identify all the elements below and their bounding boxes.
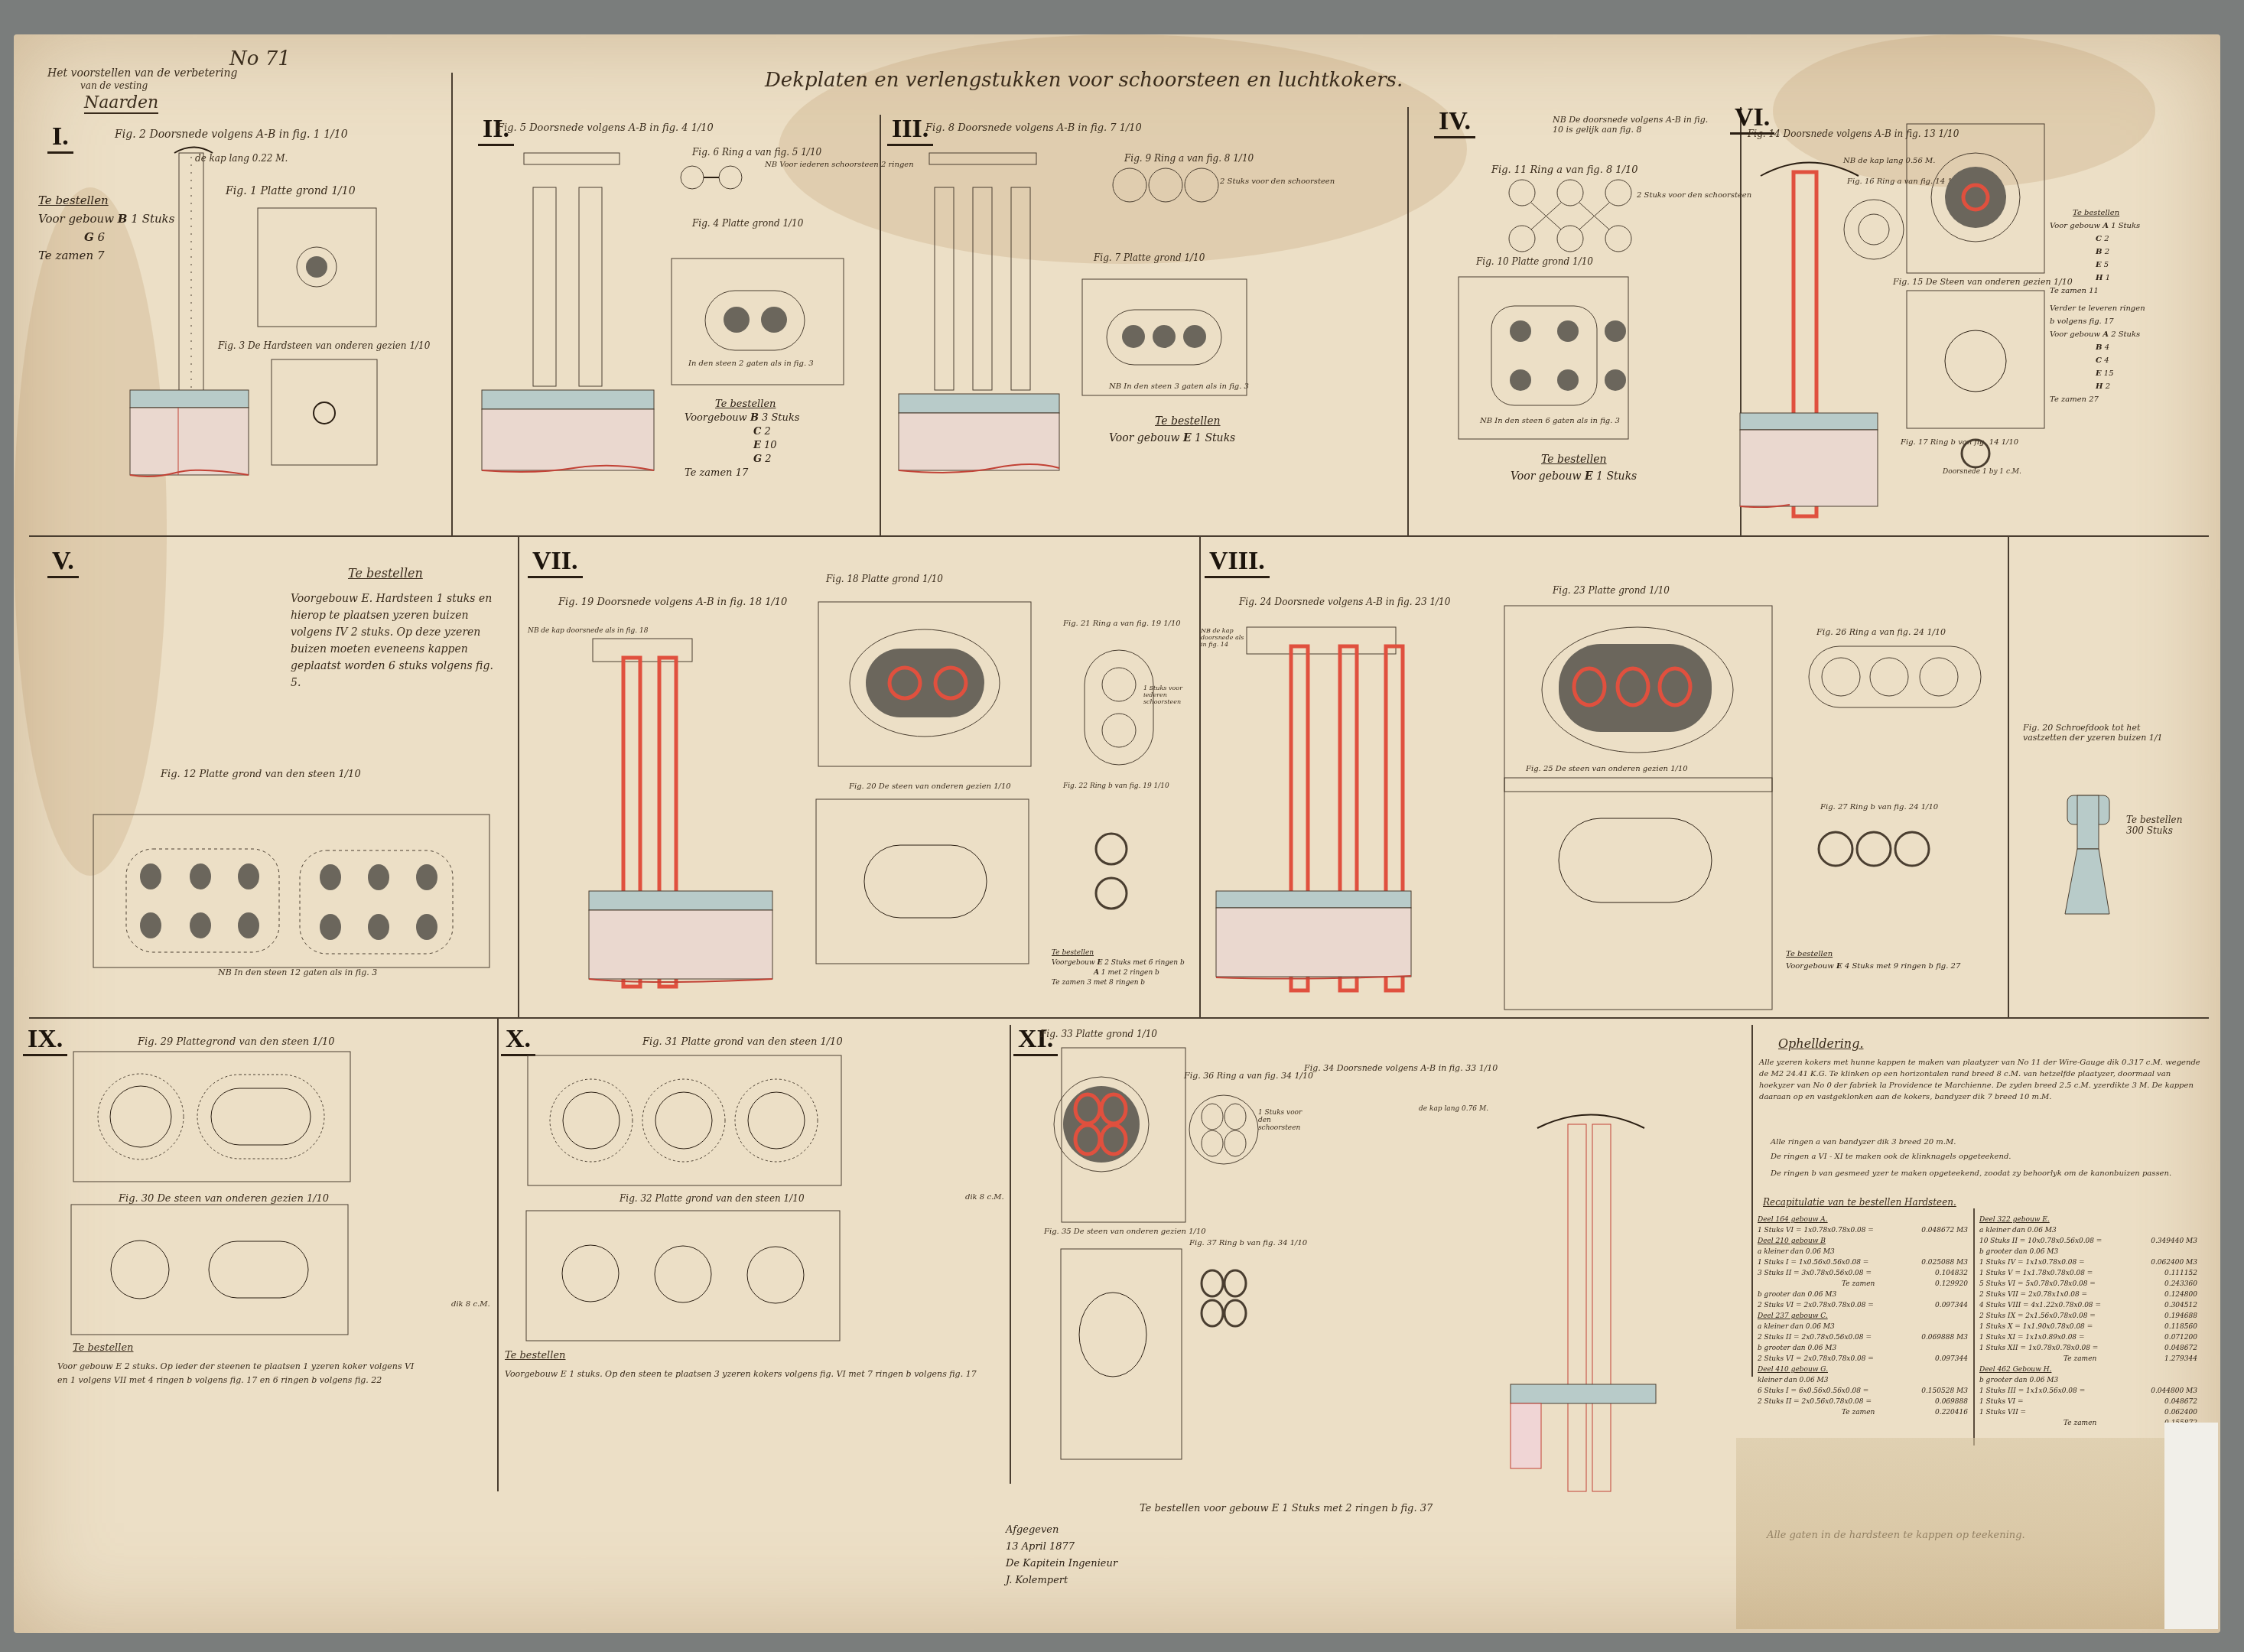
fig-caption: Fig. 36 Ring a van fig. 34 1/10 — [1184, 1071, 1313, 1081]
col-divider-III — [1407, 107, 1409, 535]
fig-caption: Fig. 7 Platte grond 1/10 — [1094, 252, 1205, 263]
fig-caption: Fig. 10 Platte grond 1/10 — [1476, 256, 1593, 267]
col-divider-VII — [1199, 535, 1201, 1017]
col-divider-IX — [497, 1017, 499, 1491]
fig-caption: Fig. 9 Ring a van fig. 8 1/10 — [1124, 153, 1254, 164]
annotation: 2 Stuks voor den schoorsteen — [1220, 177, 1335, 186]
panel-label-V: V. — [47, 547, 79, 578]
annotation: NB In den steen 12 gaten als in fig. 3 — [218, 967, 377, 977]
annotation: dik 8 c.M. — [965, 1193, 1004, 1202]
fig-caption: Fig. 6 Ring a van fig. 5 1/10 — [692, 147, 821, 158]
annotation: In den steen 2 gaten als in fig. 3 — [688, 359, 814, 368]
fig-caption: Fig. 15 De Steen van onderen gezien 1/10 — [1893, 277, 2073, 287]
order-title-V: Te bestellen — [348, 566, 423, 580]
fig-caption: Fig. 24 Doorsnede volgens A-B in fig. 23… — [1239, 597, 1450, 607]
recap-divider — [1973, 1208, 1975, 1445]
main-title: Dekplaten en verlengstukken voor schoors… — [765, 69, 1403, 92]
annotation: Doorsnede 1 by 1 c.M. — [1943, 468, 2021, 476]
fig-caption: Fig. 35 De steen van onderen gezien 1/10 — [1044, 1228, 1206, 1236]
col-divider-VIII — [2008, 535, 2009, 1017]
annotation: NB In den steen 6 gaten als in fig. 3 — [1480, 417, 1620, 425]
fig-caption: Fig. 11 Ring a van fig. 8 1/10 — [1491, 164, 1638, 176]
explanation-paragraph: Alle yzeren kokers met hunne kappen te m… — [1759, 1057, 2203, 1103]
order-title-IX: Te bestellen — [73, 1342, 133, 1354]
order-text-XI: Te bestellen voor gebouw E 1 Stuks met 2… — [1140, 1503, 1433, 1514]
explanation-title: Ophelldering. — [1778, 1036, 1863, 1051]
fig-caption: Fig. 5 Doorsnede volgens A-B in fig. 4 1… — [497, 122, 714, 134]
fig-caption: Fig. 20 De steen van onderen gezien 1/10 — [849, 782, 1011, 791]
order-text-IX: Voor gebouw E 2 stuks. Op ieder der stee… — [57, 1360, 424, 1387]
annotation: NB de kap lang 0.56 M. — [1843, 157, 1935, 165]
fig-caption: Fig. 18 Platte grond 1/10 — [826, 574, 943, 584]
col-divider-XI — [1751, 1025, 1753, 1377]
fig-caption: Fig. 30 De steen van onderen gezien 1/10 — [119, 1193, 329, 1205]
fig-caption: Fig. 19 Doorsnede volgens A-B in fig. 18… — [558, 597, 787, 608]
recap-right: Deel 322 gebouw E. a kleiner dan 0.06 M3… — [1979, 1215, 2197, 1429]
fig-caption: Fig. 34 Doorsnede volgens A-B in fig. 33… — [1304, 1063, 1498, 1073]
fig-caption: Fig. 26 Ring a van fig. 24 1/10 — [1816, 627, 1946, 637]
fig-caption: Fig. 20 Schroefdook tot het vastzetten d… — [2023, 723, 2176, 743]
fig-caption: Fig. 14 Doorsnede volgens A-B in fig. 13… — [1748, 128, 1959, 139]
annotation: 1 Stuks voor iederen schoorsteen — [1143, 685, 1197, 705]
order-list-II: Te bestellen Voorgebouw B 3 Stuks C 2 E … — [685, 398, 799, 480]
fig-caption: Fig. 22 Ring b van fig. 19 1/10 — [1063, 782, 1169, 790]
annotation: 1 Stuks voor den schoorsteen — [1258, 1109, 1312, 1132]
annotation: dik 8 c.M. — [451, 1300, 490, 1309]
annotation: 2 Stuks voor den schoorsteen — [1637, 191, 1751, 200]
annotation: Te bestellen 300 Stuks — [2126, 815, 2195, 836]
col-divider-II — [880, 115, 881, 535]
fig-caption: Fig. 25 De steen van onderen gezien 1/10 — [1526, 765, 1688, 773]
fig-caption: Fig. 31 Platte grond van den steen 1/10 — [642, 1036, 843, 1048]
recap-left: Deel 164 gebouw A. 1 Stuks VI = 1x0.78x0… — [1758, 1215, 1968, 1418]
drawings-XI — [0, 0, 459, 459]
explanation-paragraph: De ringen b van gesmeed yzer te maken op… — [1771, 1168, 2199, 1179]
panel-label-VIII: VIII. — [1205, 547, 1270, 578]
panel-label-VII: VII. — [528, 547, 583, 578]
fig-caption: Fig. 21 Ring a van fig. 19 1/10 — [1063, 619, 1181, 628]
order-list-IV: Te bestellen Voor gebouw E 1 Stuks — [1511, 451, 1637, 485]
panel-label-IX: IX. — [23, 1025, 67, 1056]
fig-caption: Fig. 37 Ring b van fig. 34 1/10 — [1189, 1239, 1307, 1247]
order-list-VIII: Te bestellen Voorgebouw E 4 Stuks met 9 … — [1786, 948, 1960, 973]
annotation: NB de kap doorsnede als in fig. 14 — [1201, 627, 1247, 648]
fig-caption: Fig. 32 Platte grond van den steen 1/10 — [620, 1193, 805, 1204]
recap-title: Recapitulatie van te bestellen Hardsteen… — [1763, 1197, 1956, 1208]
order-list-VI-rings: Verder te leveren ringen b volgens fig. … — [2050, 302, 2149, 406]
repair-tissue — [2164, 1423, 2218, 1629]
col-divider-X — [1010, 1025, 1011, 1484]
fig-caption: Fig. 29 Plattegrond van den steen 1/10 — [138, 1036, 335, 1048]
fig-caption: Fig. 12 Platte grond van den steen 1/10 — [161, 769, 361, 780]
annotation: de kap lang 0.76 M. — [1419, 1105, 1488, 1113]
explanation-paragraph: Alle ringen a van bandyzer dik 3 breed 2… — [1771, 1138, 1956, 1146]
order-list-VI: Te bestellen Voor gebouw A 1 Stuks C 2 B… — [2050, 206, 2140, 298]
fig-caption: Fig. 8 Doorsnede volgens A-B in fig. 7 1… — [925, 122, 1142, 134]
order-text-X: Voorgebouw E 1 stuks. Op den steen te pl… — [505, 1367, 979, 1381]
fig-caption: Fig. 23 Platte grond 1/10 — [1553, 585, 1670, 596]
order-list-VII: Te bestellen Voorgebouw E 2 Stuks met 6 … — [1052, 948, 1185, 988]
annotation: NB In den steen 3 gaten als in fig. 3 — [1109, 382, 1249, 391]
order-text-V: Voorgebouw E. Hardsteen 1 stuks en hiero… — [291, 590, 497, 691]
fig-caption: Fig. 33 Platte grond 1/10 — [1040, 1029, 1157, 1039]
panel-label-X: X. — [501, 1025, 535, 1056]
annotation: NB Voor iederen schoorsteen 2 ringen — [765, 161, 914, 169]
panel-label-IV: IV. — [1434, 107, 1475, 138]
order-title-X: Te bestellen — [505, 1350, 565, 1361]
fig-caption: Fig. 27 Ring b van fig. 24 1/10 — [1820, 803, 1938, 811]
fig-caption: Fig. 16 Ring a van fig. 14 1/10 — [1847, 177, 1965, 186]
order-list-III: Te bestellen Voor gebouw E 1 Stuks — [1109, 413, 1235, 447]
annotation: NB De doorsnede volgens A-B in fig. 10 i… — [1553, 115, 1721, 135]
row-divider-2 — [29, 1017, 2209, 1019]
explanation-paragraph: De ringen a VI - XI te maken ook de klin… — [1771, 1153, 2011, 1161]
fig-caption: Fig. 17 Ring b van fig. 14 1/10 — [1901, 438, 2018, 447]
annotation: NB de kap doorsnede als in fig. 18 — [528, 627, 649, 635]
torn-edge — [1736, 1438, 2195, 1629]
fig-caption: Fig. 4 Platte grond 1/10 — [692, 218, 803, 229]
row-divider-1 — [29, 535, 2209, 537]
col-divider-V — [518, 535, 519, 1017]
signature-block: Afgegeven 13 April 1877 De Kapitein Inge… — [1006, 1522, 1117, 1589]
